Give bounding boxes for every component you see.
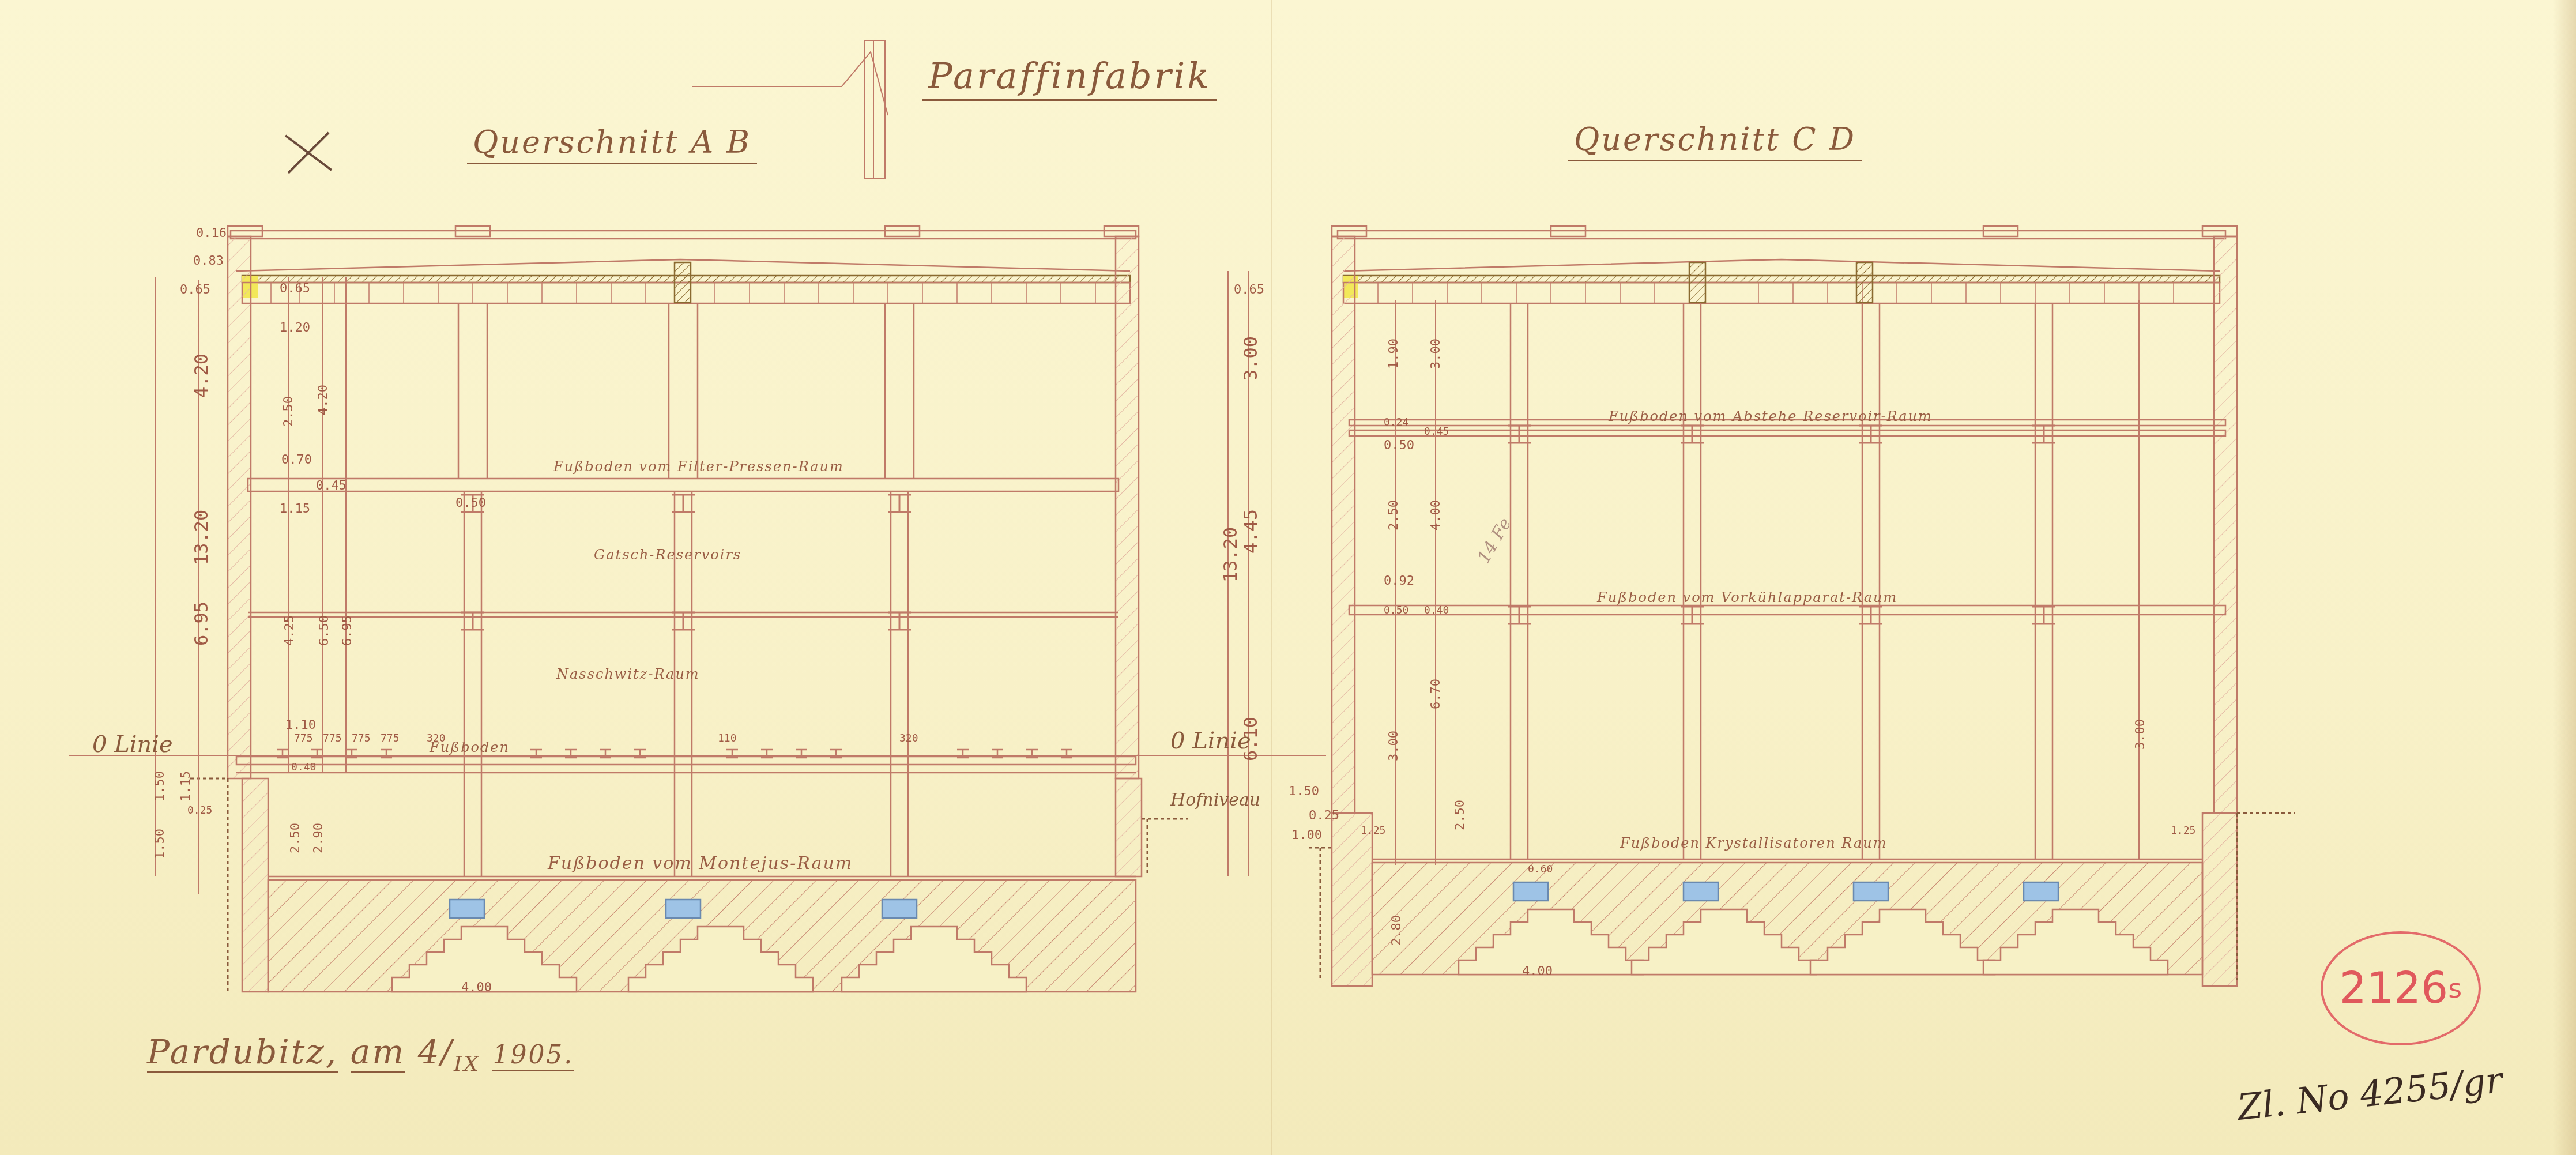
room-label-nasschwitz: Nasschwitz-Raum bbox=[556, 666, 700, 682]
dim-cd-mid-floor-beam: 0.40 bbox=[1424, 604, 1449, 616]
dim-ab-sill-upper: 0.70 bbox=[281, 453, 312, 467]
dim-ab-upper-clear: 4.20 bbox=[316, 385, 330, 415]
dim-cd-lower-clear: 6.70 bbox=[1429, 679, 1443, 709]
dim-ab-upper-storey: 4.20 bbox=[190, 353, 212, 398]
dim-ab-beam-spacing-4: 775 bbox=[381, 732, 400, 744]
stamp-suffix: s bbox=[2448, 973, 2462, 1004]
section-cd-title: Querschnitt C D bbox=[1568, 121, 1862, 161]
drawing-title: Paraffinfabrik bbox=[922, 55, 1217, 101]
archive-stamp: 2126s bbox=[2321, 931, 2481, 1045]
dim-yard-below: 1.00 bbox=[1291, 828, 1322, 842]
date-year: 1905. bbox=[492, 1040, 574, 1071]
dim-ab-window-lower: 4.25 bbox=[283, 615, 297, 646]
dim-cd-basement-left: 2.50 bbox=[1453, 800, 1467, 830]
dim-cd-lower-window-right: 3.00 bbox=[2133, 719, 2148, 750]
dim-ab-plinth: 1.15 bbox=[179, 771, 193, 802]
dim-cd-upper-floor: 0.24 bbox=[1384, 416, 1408, 428]
date-word: am bbox=[351, 1032, 406, 1073]
dim-cd-lower-sill: 1.25 bbox=[1361, 825, 1385, 837]
date-month: IX bbox=[454, 1052, 480, 1076]
dim-ab-footing-width: 4.00 bbox=[461, 980, 492, 995]
dim-ab-lower-storey: 6.95 bbox=[190, 601, 212, 646]
dim-ab-window-upper: 2.50 bbox=[281, 396, 296, 427]
dim-ab-beam-offset: 0.50 bbox=[455, 496, 486, 510]
drawing-sheet: Paraffinfabrik Querschnitt A B Querschni… bbox=[0, 0, 2576, 1155]
section-drawings bbox=[0, 0, 2576, 1155]
datum-label-ab: 0 Linie bbox=[92, 731, 173, 758]
x-mark bbox=[285, 133, 332, 173]
datum-label-cd: 0 Linie bbox=[1170, 728, 1251, 754]
dim-ab-beam-spacing-1: 775 bbox=[294, 732, 313, 744]
dim-ab-cornice: 0.83 bbox=[193, 254, 224, 268]
dim-cd-upper-floor-beam: 0.45 bbox=[1424, 426, 1449, 438]
dim-ab-roof-slab-inner: 0.65 bbox=[280, 281, 310, 296]
dim-ab-lower-storey-inner: 6.95 bbox=[340, 615, 355, 646]
dim-ab-ground-floor-thk: 0.40 bbox=[291, 761, 316, 773]
place-name: Pardubitz, bbox=[147, 1032, 338, 1073]
dim-ab-below-grade: 1.50 bbox=[153, 829, 167, 859]
dim-ab-lower-clear: 6.50 bbox=[317, 615, 332, 646]
dim-ab-window-lower-head: 1.15 bbox=[280, 502, 310, 516]
dim-cd-mid-floor: 0.50 bbox=[1384, 604, 1408, 616]
dim-yard-above: 1.50 bbox=[1289, 784, 1319, 799]
dim-cd-footing-width: 4.00 bbox=[1522, 964, 1553, 979]
dim-ab-span-mid3: 320 bbox=[899, 732, 918, 744]
dim-cd-mid-sill: 0.92 bbox=[1384, 574, 1414, 588]
room-label-abstehe-reservoir: Fußboden vom Abstehe Reservoir-Raum bbox=[1609, 408, 1933, 424]
dim-ab-floor-thickness: 0.45 bbox=[316, 479, 347, 493]
dim-ab-span-mid2: 110 bbox=[718, 732, 737, 744]
dim-cd-bottom-storey: 6.10 bbox=[1240, 717, 1261, 761]
dim-cd-top-storey: 3.00 bbox=[1240, 336, 1261, 381]
dim-ab-sill-lower: 1.10 bbox=[285, 718, 316, 732]
dim-ab-roof-slab: 0.65 bbox=[180, 283, 210, 297]
dim-cd-lower-sill-right: 1.25 bbox=[2171, 825, 2195, 837]
stamp-number: 2126 bbox=[2340, 964, 2448, 1013]
dim-cd-mid-head: 0.50 bbox=[1384, 438, 1414, 453]
room-label-krystallisatoren: Fußboden Krystallisatoren Raum bbox=[1620, 835, 1888, 851]
dim-cd-total-height: 13.20 bbox=[1219, 527, 1241, 582]
room-label-vorkuehlapparat: Fußboden vom Vorkühlapparat-Raum bbox=[1597, 589, 1897, 605]
dim-ab-beam-spacing-3: 775 bbox=[352, 732, 371, 744]
room-label-filter-press: Fußboden vom Filter-Pressen-Raum bbox=[553, 458, 844, 475]
dim-ab-total-height: 13.20 bbox=[190, 510, 212, 565]
dim-ab-plinth-step: 0.25 bbox=[187, 804, 212, 817]
dim-cd-basement: 2.80 bbox=[1389, 915, 1404, 946]
dim-cd-upper-window: 1.90 bbox=[1387, 338, 1401, 369]
dim-cd-upper-clear: 3.00 bbox=[1429, 338, 1443, 369]
dim-cd-mid-clear: 4.00 bbox=[1429, 500, 1443, 531]
dim-ab-basement-total: 2.90 bbox=[311, 823, 326, 853]
dim-ab-parapet: 0.16 bbox=[196, 226, 227, 240]
dim-cd-mid-window: 2.50 bbox=[1387, 500, 1401, 531]
room-label-gatsch-reservoirs: Gatsch-Reservoirs bbox=[594, 547, 741, 563]
place-date: Pardubitz, am 4/IX 1905. bbox=[147, 1032, 574, 1076]
dim-ab-basement-height: 2.50 bbox=[288, 823, 303, 853]
dim-cd-footing-offset: 0.60 bbox=[1528, 863, 1553, 875]
dim-ab-beam-spacing-2: 775 bbox=[323, 732, 342, 744]
dim-yard-step: 0.25 bbox=[1309, 808, 1339, 823]
date-day: 4 bbox=[418, 1032, 441, 1071]
yard-level-label: Hofniveau bbox=[1170, 790, 1260, 810]
room-label-montejus: Fußboden vom Montejus-Raum bbox=[548, 853, 853, 874]
dim-ab-above-grade: 1.50 bbox=[153, 771, 167, 802]
dim-ab-window-head: 1.20 bbox=[280, 321, 310, 335]
dim-cd-roof-slab: 0.65 bbox=[1234, 283, 1264, 297]
dim-ab-span-mid: 320 bbox=[427, 732, 446, 744]
section-ab-title: Querschnitt A B bbox=[467, 124, 757, 164]
dim-cd-middle-storey: 4.45 bbox=[1240, 509, 1261, 554]
section-ab bbox=[69, 226, 1326, 992]
dim-cd-lower-window: 3.00 bbox=[1387, 731, 1401, 761]
